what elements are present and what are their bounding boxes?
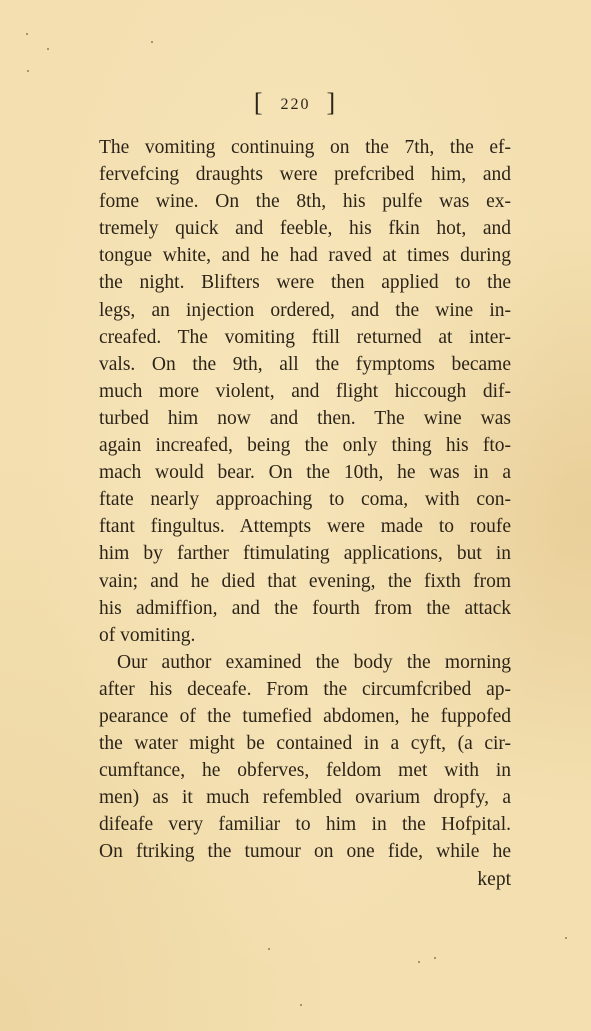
text-line: pearance of the tumefied abdomen, he fup…: [99, 703, 511, 730]
text-line: On ftriking the tumour on one fide, whil…: [99, 838, 511, 865]
text-line: much more violent, and flight hiccough d…: [99, 378, 511, 405]
book-page: [220] The vomiting continuing on the 7th…: [0, 0, 591, 1031]
text-line: mach would bear. On the 10th, he was in …: [99, 459, 511, 486]
text-line: ftant fingultus. Attempts were made to r…: [99, 513, 511, 540]
text-line: of vomiting.: [99, 622, 511, 649]
text-line: the water might be contained in a cyft, …: [99, 730, 511, 757]
paragraph-1: The vomiting continuing on the 7th, the …: [99, 134, 511, 649]
text-line: cumftance, he obferves, feldom met with …: [99, 757, 511, 784]
text-line: fervefcing draughts were prefcribed him,…: [99, 161, 511, 188]
text-line: the night. Blifters were then applied to…: [99, 269, 511, 296]
text-line: ftate nearly approaching to coma, with c…: [99, 486, 511, 513]
text-line: tremely quick and feeble, his fkin hot, …: [99, 215, 511, 242]
text-line: legs, an injection ordered, and the wine…: [99, 297, 511, 324]
paper-speck: [268, 948, 270, 950]
paper-speck: [151, 41, 153, 43]
catchword: kept: [99, 866, 511, 893]
paper-speck: [434, 957, 436, 959]
paper-speck: [565, 937, 567, 939]
paper-speck: [27, 70, 29, 72]
text-line: fome wine. On the 8th, his pulfe was ex-: [99, 188, 511, 215]
paragraph-2: Our author examined the body the morning…: [99, 649, 511, 866]
text-line: creafed. The vomiting ftill returned at …: [99, 324, 511, 351]
body-text: The vomiting continuing on the 7th, the …: [99, 134, 511, 893]
page-number: 220: [281, 96, 311, 113]
text-line: men) as it much refembled ovarium dropfy…: [99, 784, 511, 811]
text-line: vals. On the 9th, all the fymptoms becam…: [99, 351, 511, 378]
right-bracket: ]: [327, 88, 338, 117]
paper-speck: [300, 1004, 302, 1006]
text-line: him by farther ftimulating applications,…: [99, 540, 511, 567]
text-line: his admiffion, and the fourth from the a…: [99, 595, 511, 622]
paper-speck: [47, 48, 49, 50]
text-line: difeafe very familiar to him in the Hofp…: [99, 811, 511, 838]
text-line: turbed him now and then. The wine was: [99, 405, 511, 432]
paper-speck: [26, 33, 28, 35]
text-line: after his deceafe. From the circumfcribe…: [99, 676, 511, 703]
text-line: Our author examined the body the morning: [99, 649, 511, 676]
page-number-header: [220]: [0, 88, 591, 118]
paper-speck: [418, 961, 420, 963]
left-bracket: [: [254, 88, 265, 117]
text-line: again increafed, being the only thing hi…: [99, 432, 511, 459]
text-line: The vomiting continuing on the 7th, the …: [99, 134, 511, 161]
text-line: tongue white, and he had raved at times …: [99, 242, 511, 269]
text-line: vain; and he died that evening, the fixt…: [99, 568, 511, 595]
